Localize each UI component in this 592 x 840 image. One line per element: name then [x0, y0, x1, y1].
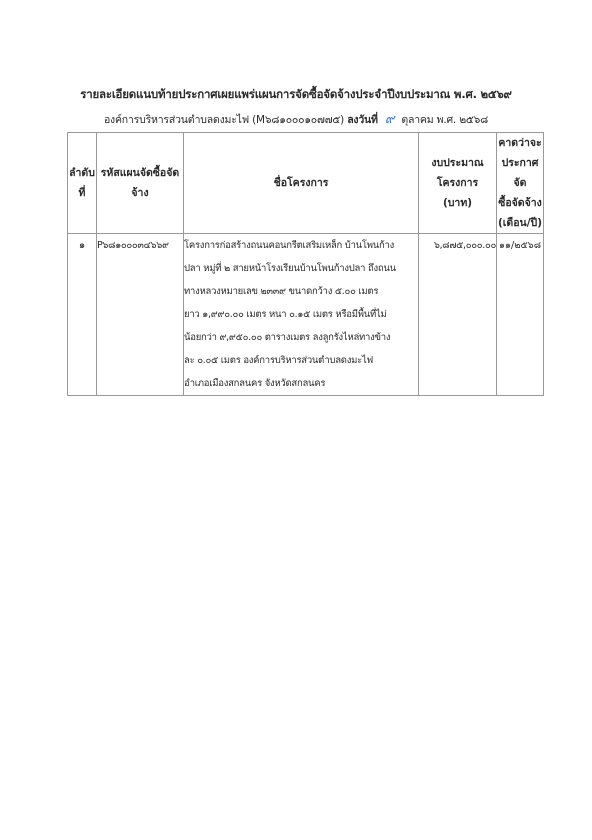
document-subtitle: องค์การบริหารส่วนตำบลดงมะไฟ (M๖๘๑๐๐๐๑๐๗๗… — [0, 108, 592, 129]
document-title: รายละเอียดแนบท้ายประกาศเผยแพร่แผนการจัดซ… — [0, 86, 592, 104]
header-project-name: ชื่อโครงการ — [184, 133, 419, 234]
date-label: ลงวันที่ — [347, 114, 378, 126]
header-no: ลำดับ ที่ — [68, 133, 97, 234]
table-row: ๑ P๖๘๑๐๐๐๓๔๖๖๙ โครงการก่อสร้างถนนคอนกรีต… — [68, 234, 544, 396]
cell-budget: ๖,๘๗๕,๐๐๐.๐๐ — [419, 234, 497, 396]
header-plan-code: รหัสแผนจัดซื้อจัด จ้าง — [97, 133, 184, 234]
cell-plan-code: P๖๘๑๐๐๐๓๔๖๖๙ — [97, 234, 184, 396]
header-expected-date: คาดว่าจะ ประกาศจัด ซื้อจัดจ้าง (เดือน/ปี… — [497, 133, 544, 234]
cell-expected-date: ๑๑/๒๕๖๘ — [497, 234, 544, 396]
cell-project-name: โครงการก่อสร้างถนนคอนกรีตเสริมเหล็ก บ้าน… — [184, 234, 419, 396]
procurement-plan-table: ลำดับ ที่ รหัสแผนจัดซื้อจัด จ้าง ชื่อโคร… — [67, 132, 544, 396]
month-year: ตุลาคม พ.ศ. ๒๕๖๘ — [401, 114, 488, 126]
organization-name: องค์การบริหารส่วนตำบลดงมะไฟ (M๖๘๑๐๐๐๑๐๗๗… — [104, 114, 344, 126]
header-budget: งบประมาณ โครงการ (บาท) — [419, 133, 497, 234]
table-header-row: ลำดับ ที่ รหัสแผนจัดซื้อจัด จ้าง ชื่อโคร… — [68, 133, 544, 234]
cell-no: ๑ — [68, 234, 97, 396]
handwritten-day: ๙ — [381, 112, 398, 127]
